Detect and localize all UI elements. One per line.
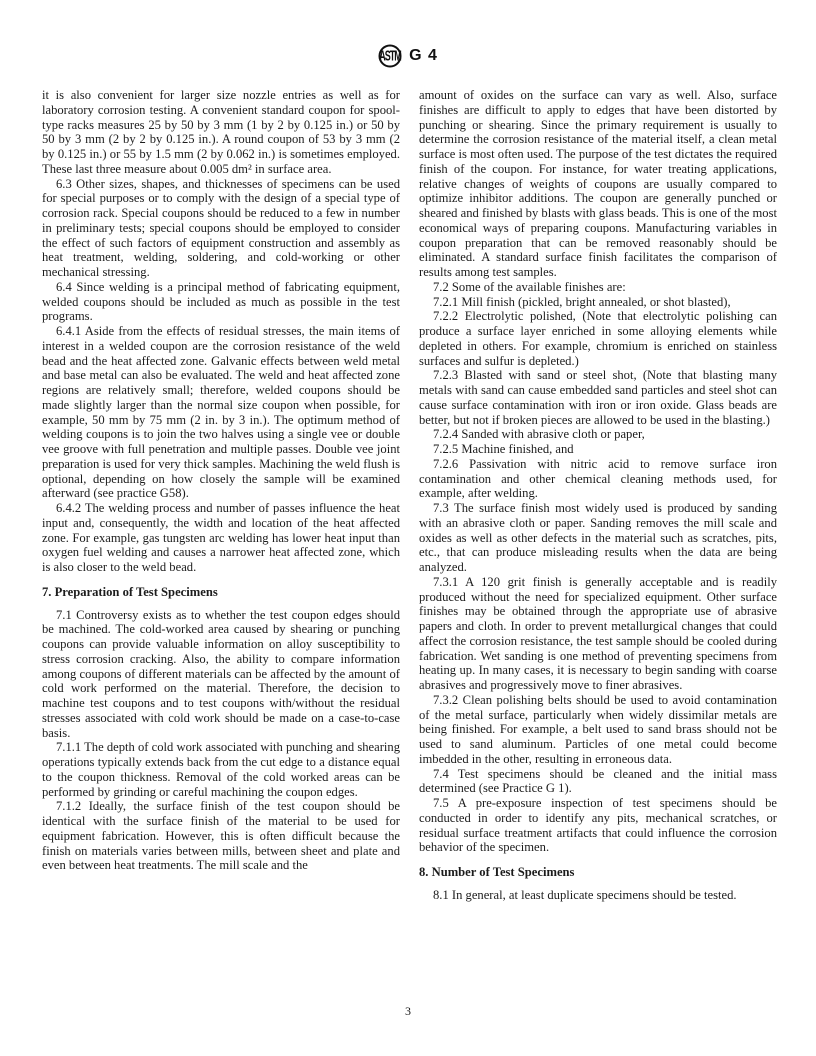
paragraph: 7.3.1 A 120 grit finish is generally acc…: [419, 575, 777, 693]
paragraph: 6.4 Since welding is a principal method …: [42, 280, 400, 324]
page-footer: 3: [0, 1004, 816, 1019]
astm-logo-icon: ASTM: [378, 44, 402, 68]
paragraph: 6.3 Other sizes, shapes, and thicknesses…: [42, 177, 400, 280]
section-heading: 8. Number of Test Specimens: [419, 865, 777, 880]
column-left: it is also convenient for larger size no…: [42, 88, 400, 903]
paragraph: 7.3 The surface finish most widely used …: [419, 501, 777, 575]
paragraph: 7.2.3 Blasted with sand or steel shot, (…: [419, 368, 777, 427]
text-columns: it is also convenient for larger size no…: [42, 88, 777, 903]
paragraph: 7.1.2 Ideally, the surface finish of the…: [42, 799, 400, 873]
document-header: ASTM G 4: [0, 44, 816, 68]
paragraph: 7.2.4 Sanded with abrasive cloth or pape…: [419, 427, 777, 442]
column-right: amount of oxides on the surface can vary…: [419, 88, 777, 903]
paragraph: 7.3.2 Clean polishing belts should be us…: [419, 693, 777, 767]
paragraph: 7.4 Test specimens should be cleaned and…: [419, 767, 777, 797]
paragraph: 7.2 Some of the available finishes are:: [419, 280, 777, 295]
section-heading: 7. Preparation of Test Specimens: [42, 585, 400, 600]
paragraph: 7.5 A pre-exposure inspection of test sp…: [419, 796, 777, 855]
paragraph: 7.1.1 The depth of cold work associated …: [42, 740, 400, 799]
paragraph: 6.4.1 Aside from the effects of residual…: [42, 324, 400, 501]
paragraph: 7.2.2 Electrolytic polished, (Note that …: [419, 309, 777, 368]
paragraph: 7.1 Controversy exists as to whether the…: [42, 608, 400, 741]
paragraph: it is also convenient for larger size no…: [42, 88, 400, 177]
paragraph: 7.2.1 Mill finish (pickled, bright annea…: [419, 295, 777, 310]
paragraph: 8.1 In general, at least duplicate speci…: [419, 888, 777, 903]
document-page: ASTM G 4 it is also convenient for large…: [0, 0, 816, 1056]
page-number: 3: [405, 1004, 411, 1018]
paragraph: 7.2.6 Passivation with nitric acid to re…: [419, 457, 777, 501]
svg-text:ASTM: ASTM: [379, 47, 401, 64]
paragraph: 7.2.5 Machine finished, and: [419, 442, 777, 457]
paragraph: 6.4.2 The welding process and number of …: [42, 501, 400, 575]
paragraph: amount of oxides on the surface can vary…: [419, 88, 777, 280]
standard-designation: G 4: [409, 47, 438, 65]
